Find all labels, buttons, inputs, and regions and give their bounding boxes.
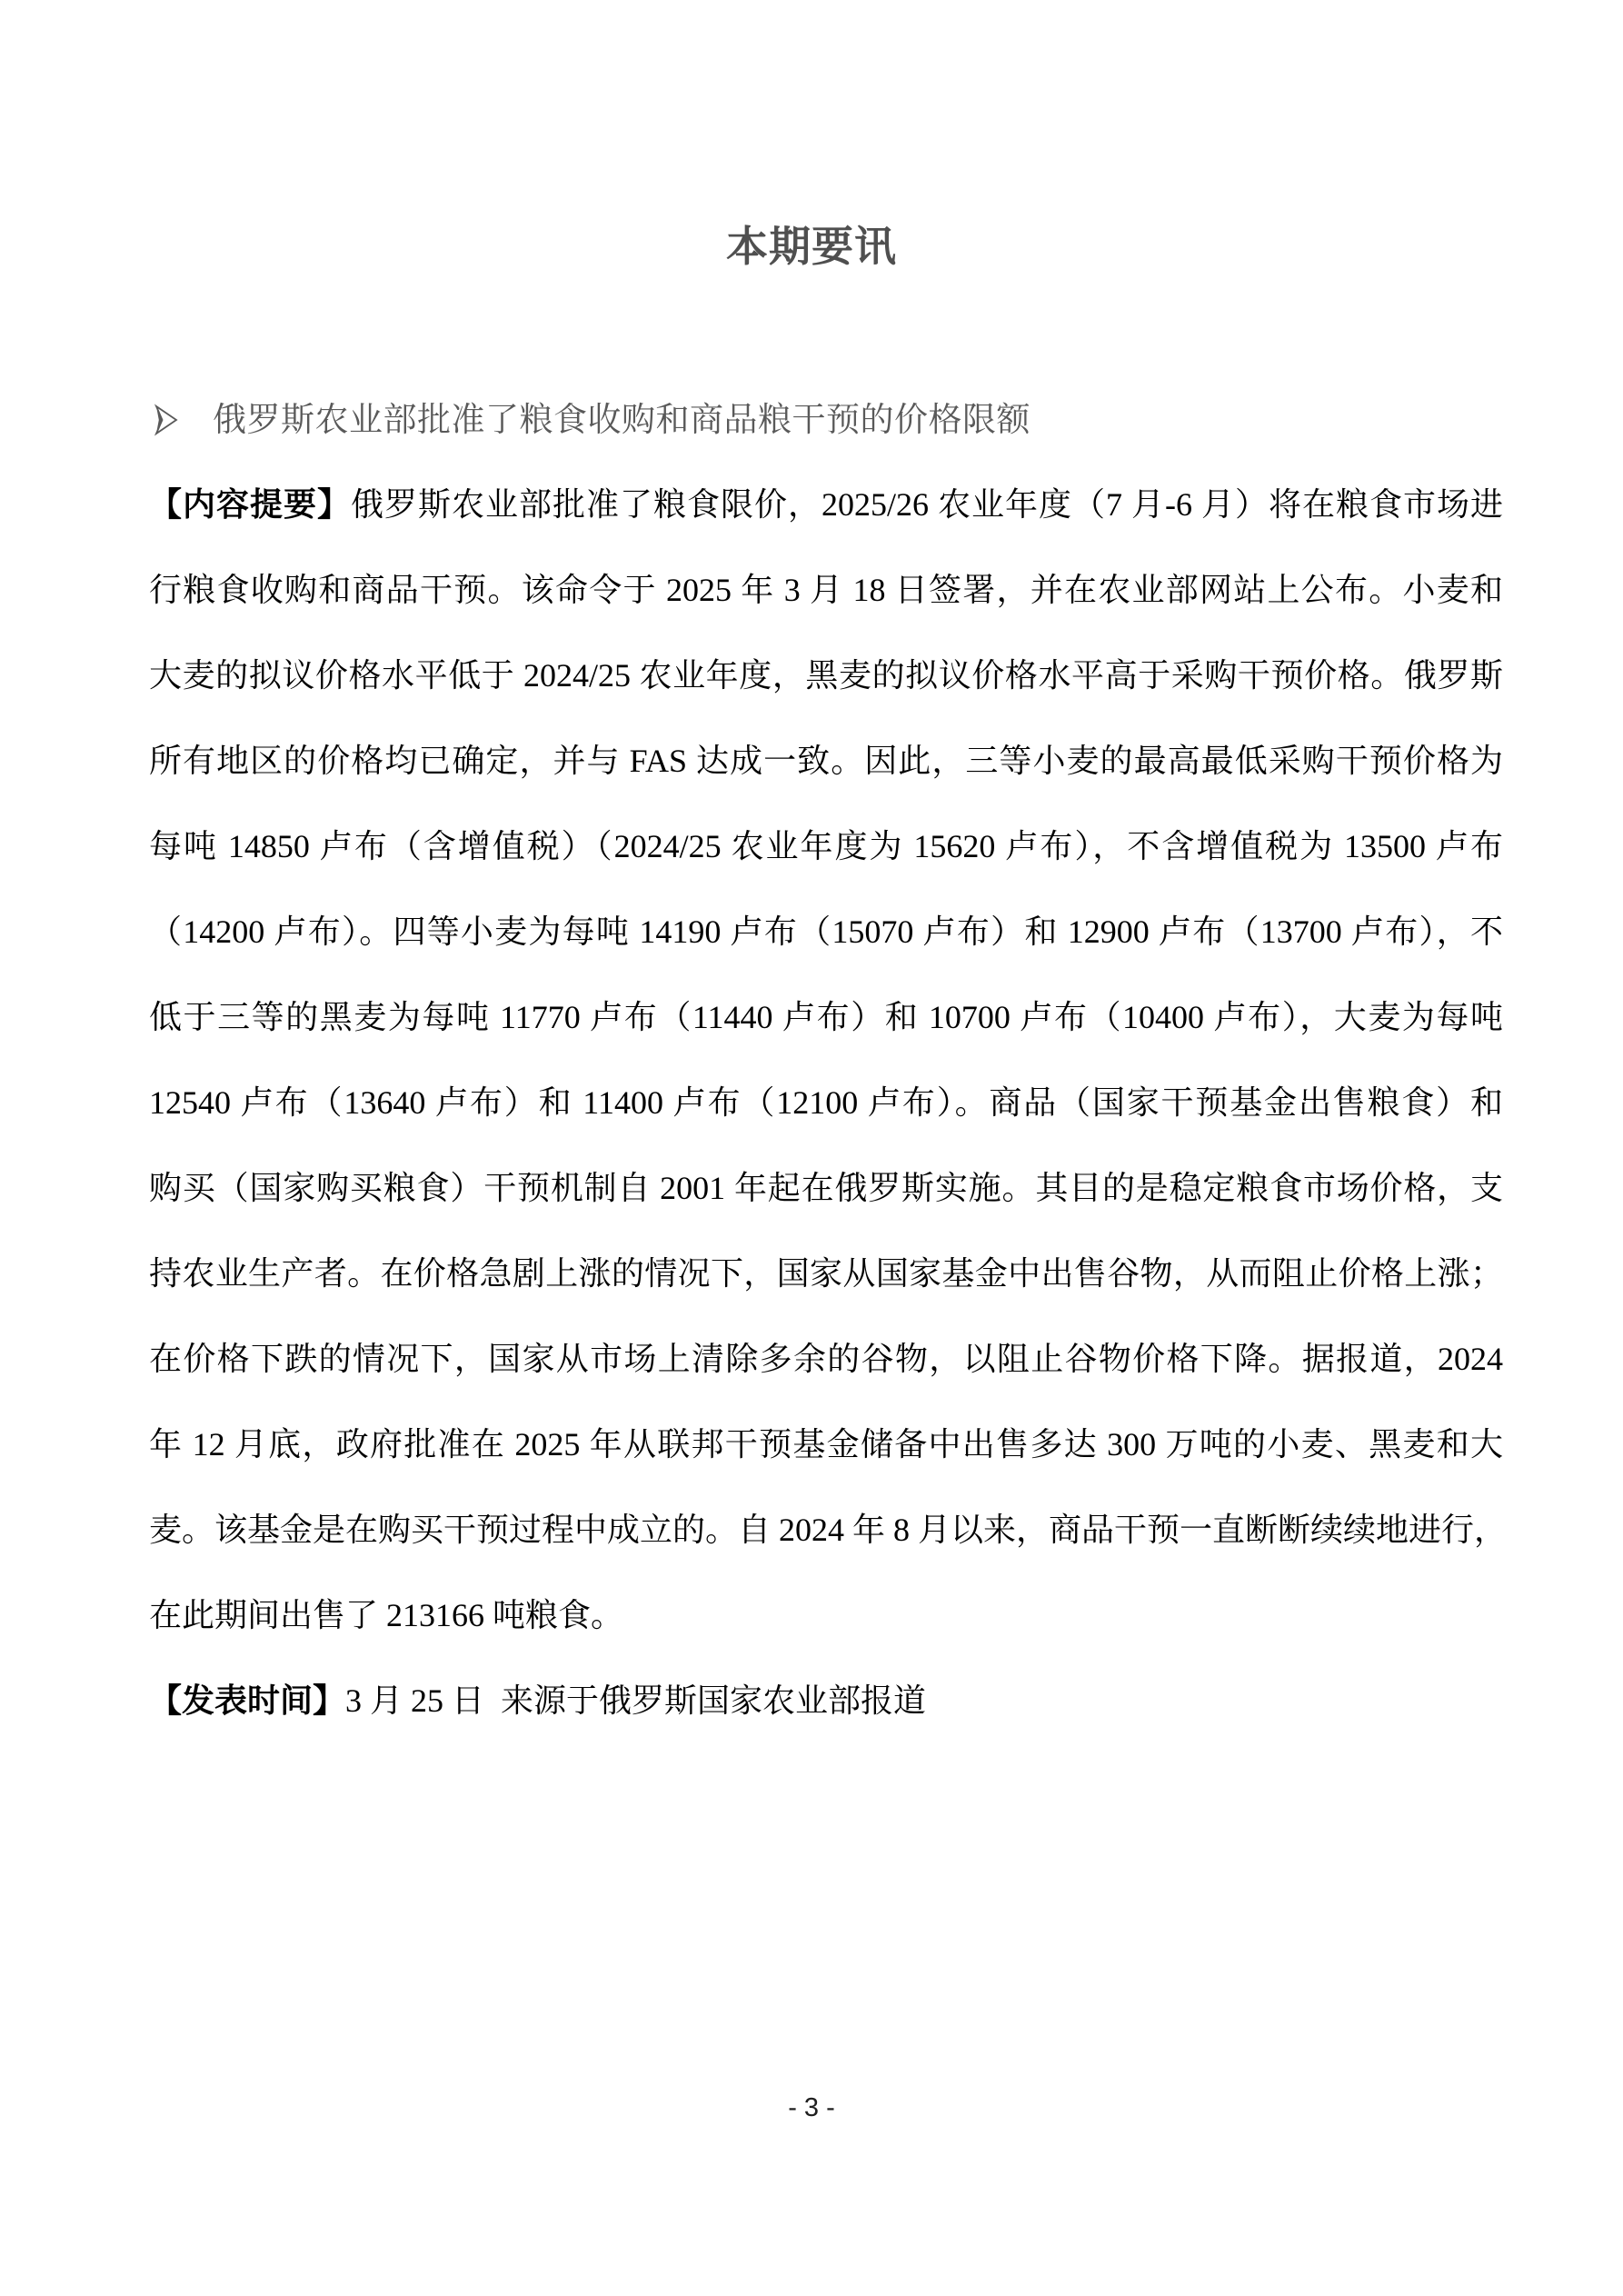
summary-line: 在价格下跌的情况下，国家从市场上清除多余的谷物，以阻止谷物价格下降。据报道，20… — [149, 1316, 1503, 1402]
article-headline-row: 俄罗斯农业部批准了粮食收购和商品粮干预的价格限额 — [154, 396, 1031, 444]
page-title: 本期要讯 — [0, 221, 1623, 272]
summary-line: 麦。该基金是在购买干预过程中成立的。自 2024 年 8 月以来，商品干预一直断… — [149, 1487, 1503, 1572]
summary-paragraph: 【内容提要】俄罗斯农业部批准了粮食限价，2025/26 农业年度（7 月-6 月… — [149, 462, 1503, 1658]
publish-text: 3 月 25 日 来源于俄罗斯国家农业部报道 — [345, 1682, 926, 1719]
summary-line: 行粮食收购和商品干预。该命令于 2025 年 3 月 18 日签署，并在农业部网… — [149, 547, 1503, 633]
summary-line: 低于三等的黑麦为每吨 11770 卢布（11440 卢布）和 10700 卢布（… — [149, 974, 1503, 1060]
summary-line: 12540 卢布（13640 卢布）和 11400 卢布（12100 卢布）。商… — [149, 1060, 1503, 1145]
summary-label: 【内容提要】 — [149, 486, 351, 523]
publish-line: 【发表时间】3 月 25 日 来源于俄罗斯国家农业部报道 — [149, 1658, 1503, 1743]
summary-line: 在此期间出售了 213166 吨粮食。 — [149, 1572, 1503, 1658]
publish-label: 【发表时间】 — [149, 1682, 345, 1719]
summary-line: 【内容提要】俄罗斯农业部批准了粮食限价，2025/26 农业年度（7 月-6 月… — [149, 462, 1503, 547]
summary-line: 大麦的拟议价格水平低于 2024/25 农业年度，黑麦的拟议价格水平高于采购干预… — [149, 633, 1503, 718]
summary-line: 年 12 月底，政府批准在 2025 年从联邦干预基金储备中出售多达 300 万… — [149, 1402, 1503, 1487]
document-page: 本期要讯 俄罗斯农业部批准了粮食收购和商品粮干预的价格限额 【内容提要】俄罗斯农… — [0, 0, 1623, 2296]
article-headline: 俄罗斯农业部批准了粮食收购和商品粮干预的价格限额 — [213, 396, 1031, 444]
summary-line: 所有地区的价格均已确定，并与 FAS 达成一致。因此，三等小麦的最高最低采购干预… — [149, 718, 1503, 804]
summary-line: 购买（国家购买粮食）干预机制自 2001 年起在俄罗斯实施。其目的是稳定粮食市场… — [149, 1145, 1503, 1231]
page-number: - 3 - — [0, 2091, 1623, 2125]
summary-line: 持农业生产者。在价格急剧上涨的情况下，国家从国家基金中出售谷物，从而阻止价格上涨… — [149, 1231, 1503, 1316]
summary-line: （14200 卢布）。四等小麦为每吨 14190 卢布（15070 卢布）和 1… — [149, 889, 1503, 974]
arrow-bullet-icon — [154, 403, 178, 437]
summary-line: 每吨 14850 卢布（含增值税）（2024/25 农业年度为 15620 卢布… — [149, 804, 1503, 889]
